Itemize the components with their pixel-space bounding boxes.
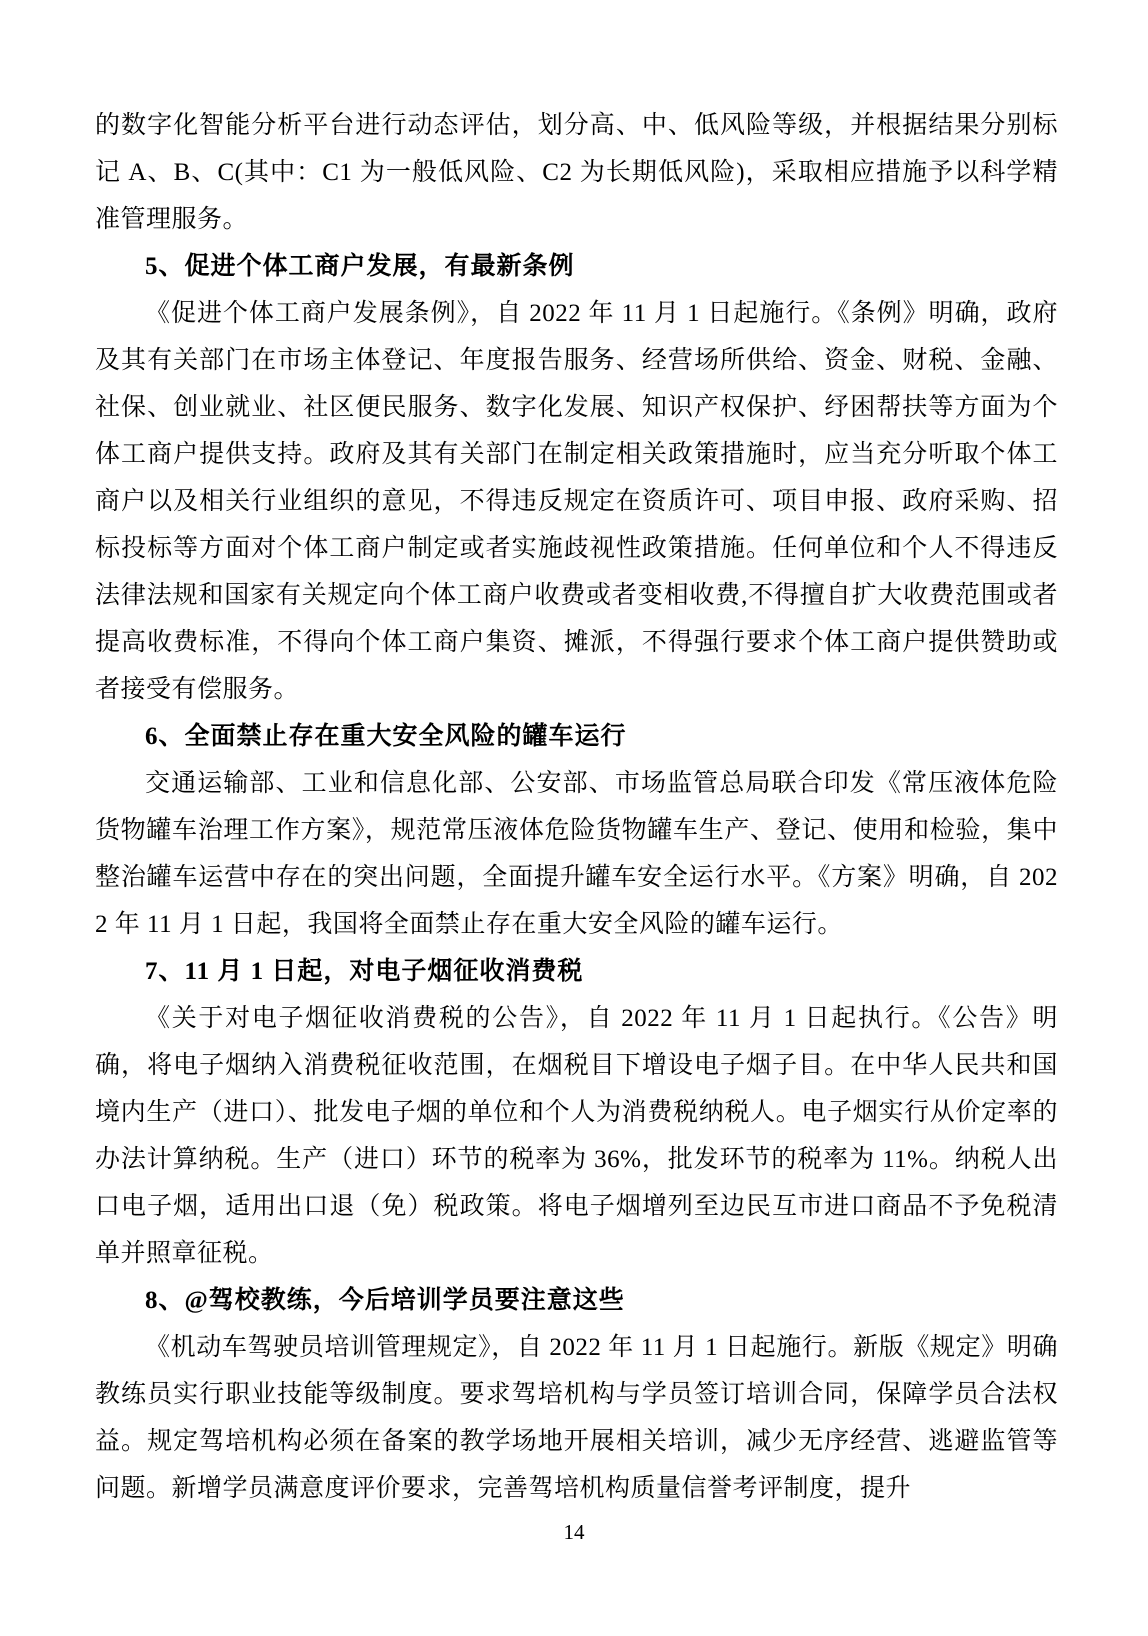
section-8-paragraph: 《机动车驾驶员培训管理规定》，自 2022 年 11 月 1 日起施行。新版《规… xyxy=(95,1324,1058,1512)
section-heading-8: 8、@驾校教练，今后培训学员要注意这些 xyxy=(95,1277,1058,1324)
document-page: 的数字化智能分析平台进行动态评估，划分高、中、低风险等级，并根据结果分别标记 A… xyxy=(0,0,1148,1636)
section-7-paragraph: 《关于对电子烟征收消费税的公告》，自 2022 年 11 月 1 日起执行。《公… xyxy=(95,995,1058,1277)
section-6-paragraph: 交通运输部、工业和信息化部、公安部、市场监管总局联合印发《常压液体危险货物罐车治… xyxy=(95,760,1058,948)
paragraph-continued-from-previous-page: 的数字化智能分析平台进行动态评估，划分高、中、低风险等级，并根据结果分别标记 A… xyxy=(95,102,1058,243)
section-5-paragraph: 《促进个体工商户发展条例》，自 2022 年 11 月 1 日起施行。《条例》明… xyxy=(95,290,1058,713)
section-heading-6: 6、全面禁止存在重大安全风险的罐车运行 xyxy=(95,713,1058,760)
section-heading-7: 7、11 月 1 日起，对电子烟征收消费税 xyxy=(95,948,1058,995)
page-number: 14 xyxy=(0,1519,1148,1545)
page-body-text: 的数字化智能分析平台进行动态评估，划分高、中、低风险等级，并根据结果分别标记 A… xyxy=(95,102,1058,1512)
section-heading-5: 5、促进个体工商户发展，有最新条例 xyxy=(95,243,1058,290)
